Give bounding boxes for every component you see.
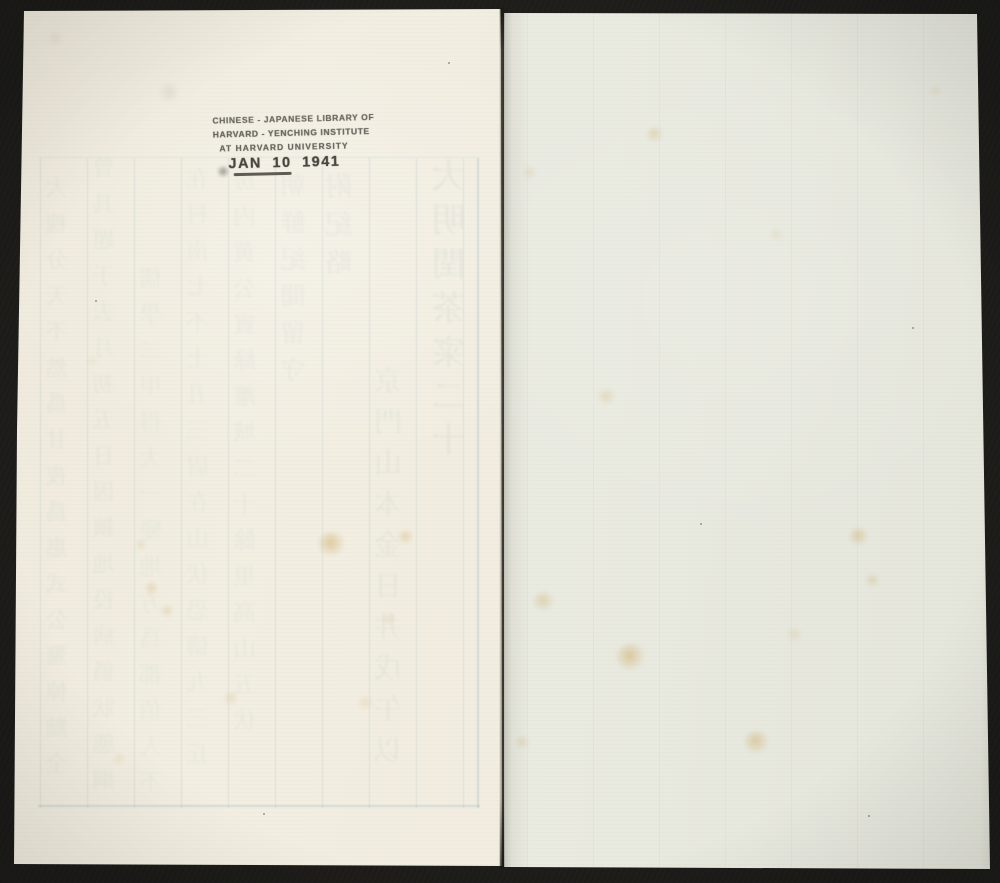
foxing-spot [515,736,530,749]
bleed-column: 附紀略 [328,172,355,286]
bleed-column: 在村南七不土丑三尉在山伏恐儔九三丘 [189,166,212,778]
foxing-spot [224,692,239,705]
foxing-spot [318,532,346,556]
foxing-spot [398,530,414,544]
ink-speck [912,327,914,329]
stamp-line-3: AT HARVARD UNIVERSITY [213,141,355,153]
bleed-column: 曾具題于去月初五日因鏔地役病僞狀態綱 [95,156,117,804]
bleed-column: 朝鮮紀聞留守 [282,172,307,394]
foxing-spot [598,389,616,405]
foxing-spot [770,229,784,241]
gray-smudge [46,30,64,46]
foxing-spot [358,696,374,710]
bleed-frame-right-line [477,158,479,808]
foxing-spot [161,605,174,617]
ink-speck [263,813,265,815]
foxing-spot [533,592,555,611]
gray-smudge [158,82,180,102]
foxing-spot [866,574,880,587]
bleed-column: 京門山本金日井戊午以 [376,366,404,776]
stamp-date-line: JAN 10 1941 [213,153,355,172]
bleed-column: 儒學二甲得大一變地方爲郡佰人不 [142,266,165,806]
ink-speck [95,300,97,302]
foxing-spot [136,540,147,550]
library-stamp: CHINESE - JAPANESE LIBRARY OF HARVARD - … [212,113,355,176]
foxing-spot [744,731,770,753]
foxing-spot [145,582,159,595]
foxing-spot [787,628,803,642]
bleed-column: 大明閏茶寀二十 [435,158,469,466]
foxing-spot [523,167,537,179]
stamp-line-2: HARVARD - YENCHING INSTITUTE [213,127,355,139]
foxing-spot [616,644,646,670]
stamp-line-1: CHINESE - JAPANESE LIBRARY OF [212,113,354,125]
foxing-spot [113,753,126,765]
bleed-frame-bottom-line [38,805,480,807]
foxing-spot [87,356,98,366]
bleed-column: 大槐分天不然爲甘夜爲惠式公驁悼黜全 [48,176,70,788]
ink-speck [448,62,450,64]
gutter-shadow [500,8,504,868]
stamp-ink-smudge [215,165,230,177]
foxing-spot [849,528,869,545]
book-scan-photo: 大明閏茶寀二十京門山本金日井戊午以附紀略朝鮮紀聞留守房内黄公賓緑離城二十餘里高山… [0,0,1000,883]
foxing-spot [646,127,664,142]
foxing-spot [930,86,942,96]
ink-speck [700,523,702,525]
ink-speck [868,815,870,817]
bleed-column: 房内黄公賓緑離城二十餘里高山五伏 [236,168,259,744]
foxing-spot [383,613,396,625]
